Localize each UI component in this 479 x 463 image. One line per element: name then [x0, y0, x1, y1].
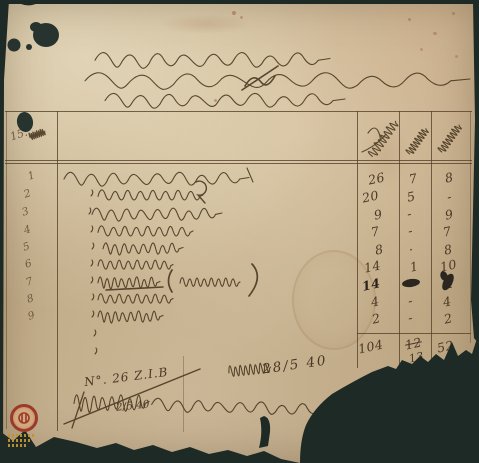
fold-crease: [183, 356, 184, 432]
scanned-manuscript-page: 15. 1 2 3 4 5 6 7 8 9 26 20 9 7 8 14 14 …: [0, 0, 479, 463]
table-top-rule: [5, 111, 472, 112]
paper-sheet: [0, 0, 479, 463]
watermark-text-line: [8, 444, 26, 447]
value-column-rule-2: [431, 111, 432, 363]
watermark-motif-icon: [17, 411, 31, 425]
watermark-text-line: [8, 434, 36, 437]
table-left-rule: [6, 111, 7, 429]
description-column-rule: [357, 111, 358, 368]
table-header-rule: [5, 160, 472, 161]
table-header-rule-2: [5, 163, 472, 164]
number-column-rule: [57, 111, 58, 431]
value-column-rule-1: [399, 111, 400, 365]
table-right-rule: [470, 111, 471, 343]
archive-watermark-stamp: [6, 404, 42, 447]
watermark-text-line: [8, 439, 32, 442]
watermark-emblem-icon: [10, 404, 38, 432]
totals-separator-rule: [357, 333, 471, 334]
